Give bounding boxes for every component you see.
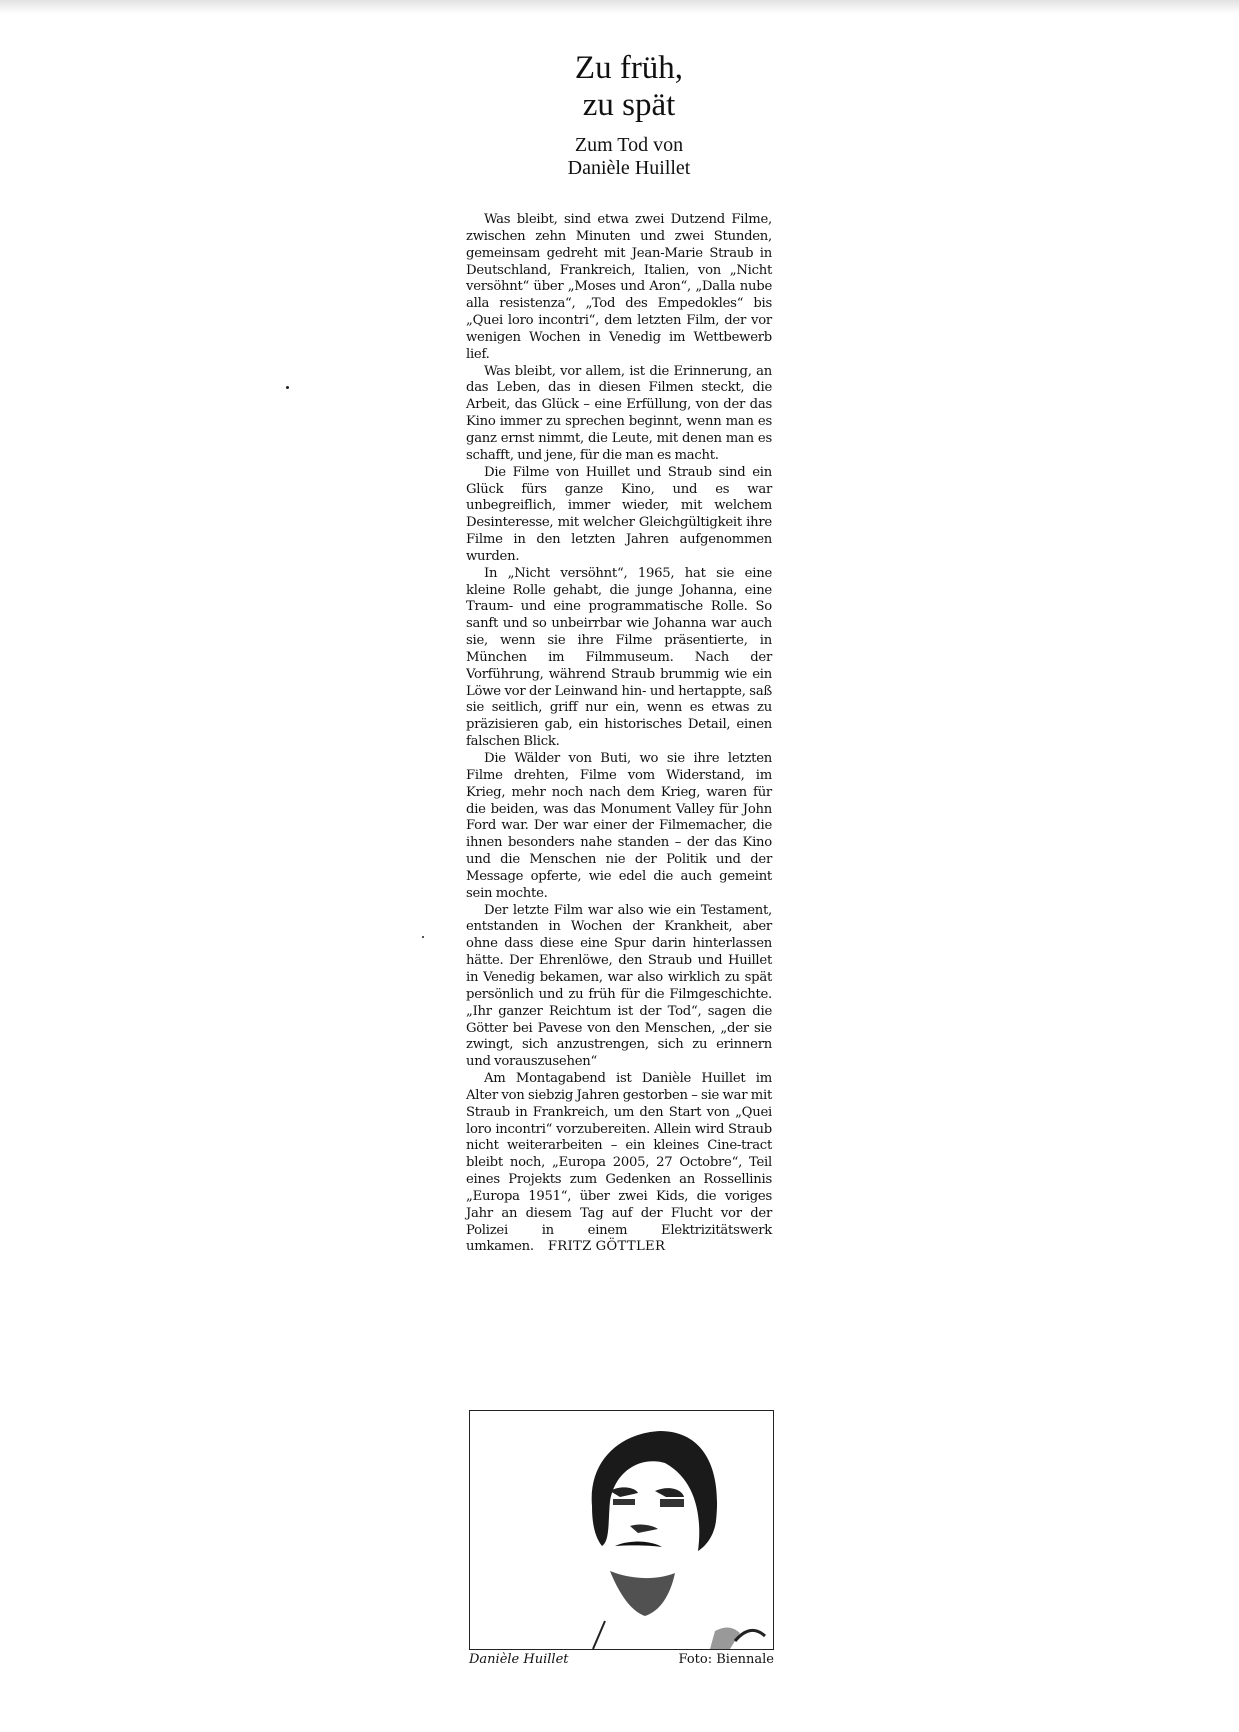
- headline-line-1: Zu früh,: [486, 50, 772, 87]
- photo-caption: Danièle Huillet Foto: Biennale: [469, 1652, 774, 1667]
- article: Zu früh, zu spät Zum Tod von Danièle Hui…: [466, 50, 772, 1256]
- author-byline: FRITZ GÖTTLER: [548, 1239, 665, 1254]
- paragraph-2: Was bleibt, vor allem, ist die Erinnerun…: [466, 364, 772, 465]
- caption-name: Danièle Huillet: [469, 1652, 568, 1667]
- subhead-line-1: Zum Tod von: [486, 134, 772, 157]
- subhead-line-2: Danièle Huillet: [486, 157, 772, 180]
- caption-credit: Foto: Biennale: [679, 1652, 774, 1667]
- article-body: Was bleibt, sind etwa zwei Dutzend Filme…: [466, 212, 772, 1256]
- portrait-photo: [469, 1410, 774, 1650]
- subheadline: Zum Tod von Danièle Huillet: [466, 134, 772, 180]
- portrait-illustration: [470, 1411, 773, 1649]
- paragraph-1: Was bleibt, sind etwa zwei Dutzend Filme…: [466, 212, 772, 364]
- paragraph-5: Die Wälder von Buti, wo sie ihre letzten…: [466, 751, 772, 903]
- paragraph-7-text: Am Montagabend ist Danièle Huillet im Al…: [466, 1071, 772, 1254]
- paragraph-4: In „Nicht versöhnt“, 1965, hat sie eine …: [466, 566, 772, 751]
- paragraph-3: Die Filme von Huillet und Straub sind ei…: [466, 465, 772, 566]
- scan-edge-shadow: [0, 0, 1239, 14]
- scan-speck: [422, 936, 424, 938]
- headline-line-2: zu spät: [486, 87, 772, 124]
- paragraph-6: Der letzte Film war also wie ein Testame…: [466, 903, 772, 1071]
- headline: Zu früh, zu spät: [466, 50, 772, 124]
- scan-speck: [286, 386, 289, 389]
- paragraph-7: Am Montagabend ist Danièle Huillet im Al…: [466, 1071, 772, 1256]
